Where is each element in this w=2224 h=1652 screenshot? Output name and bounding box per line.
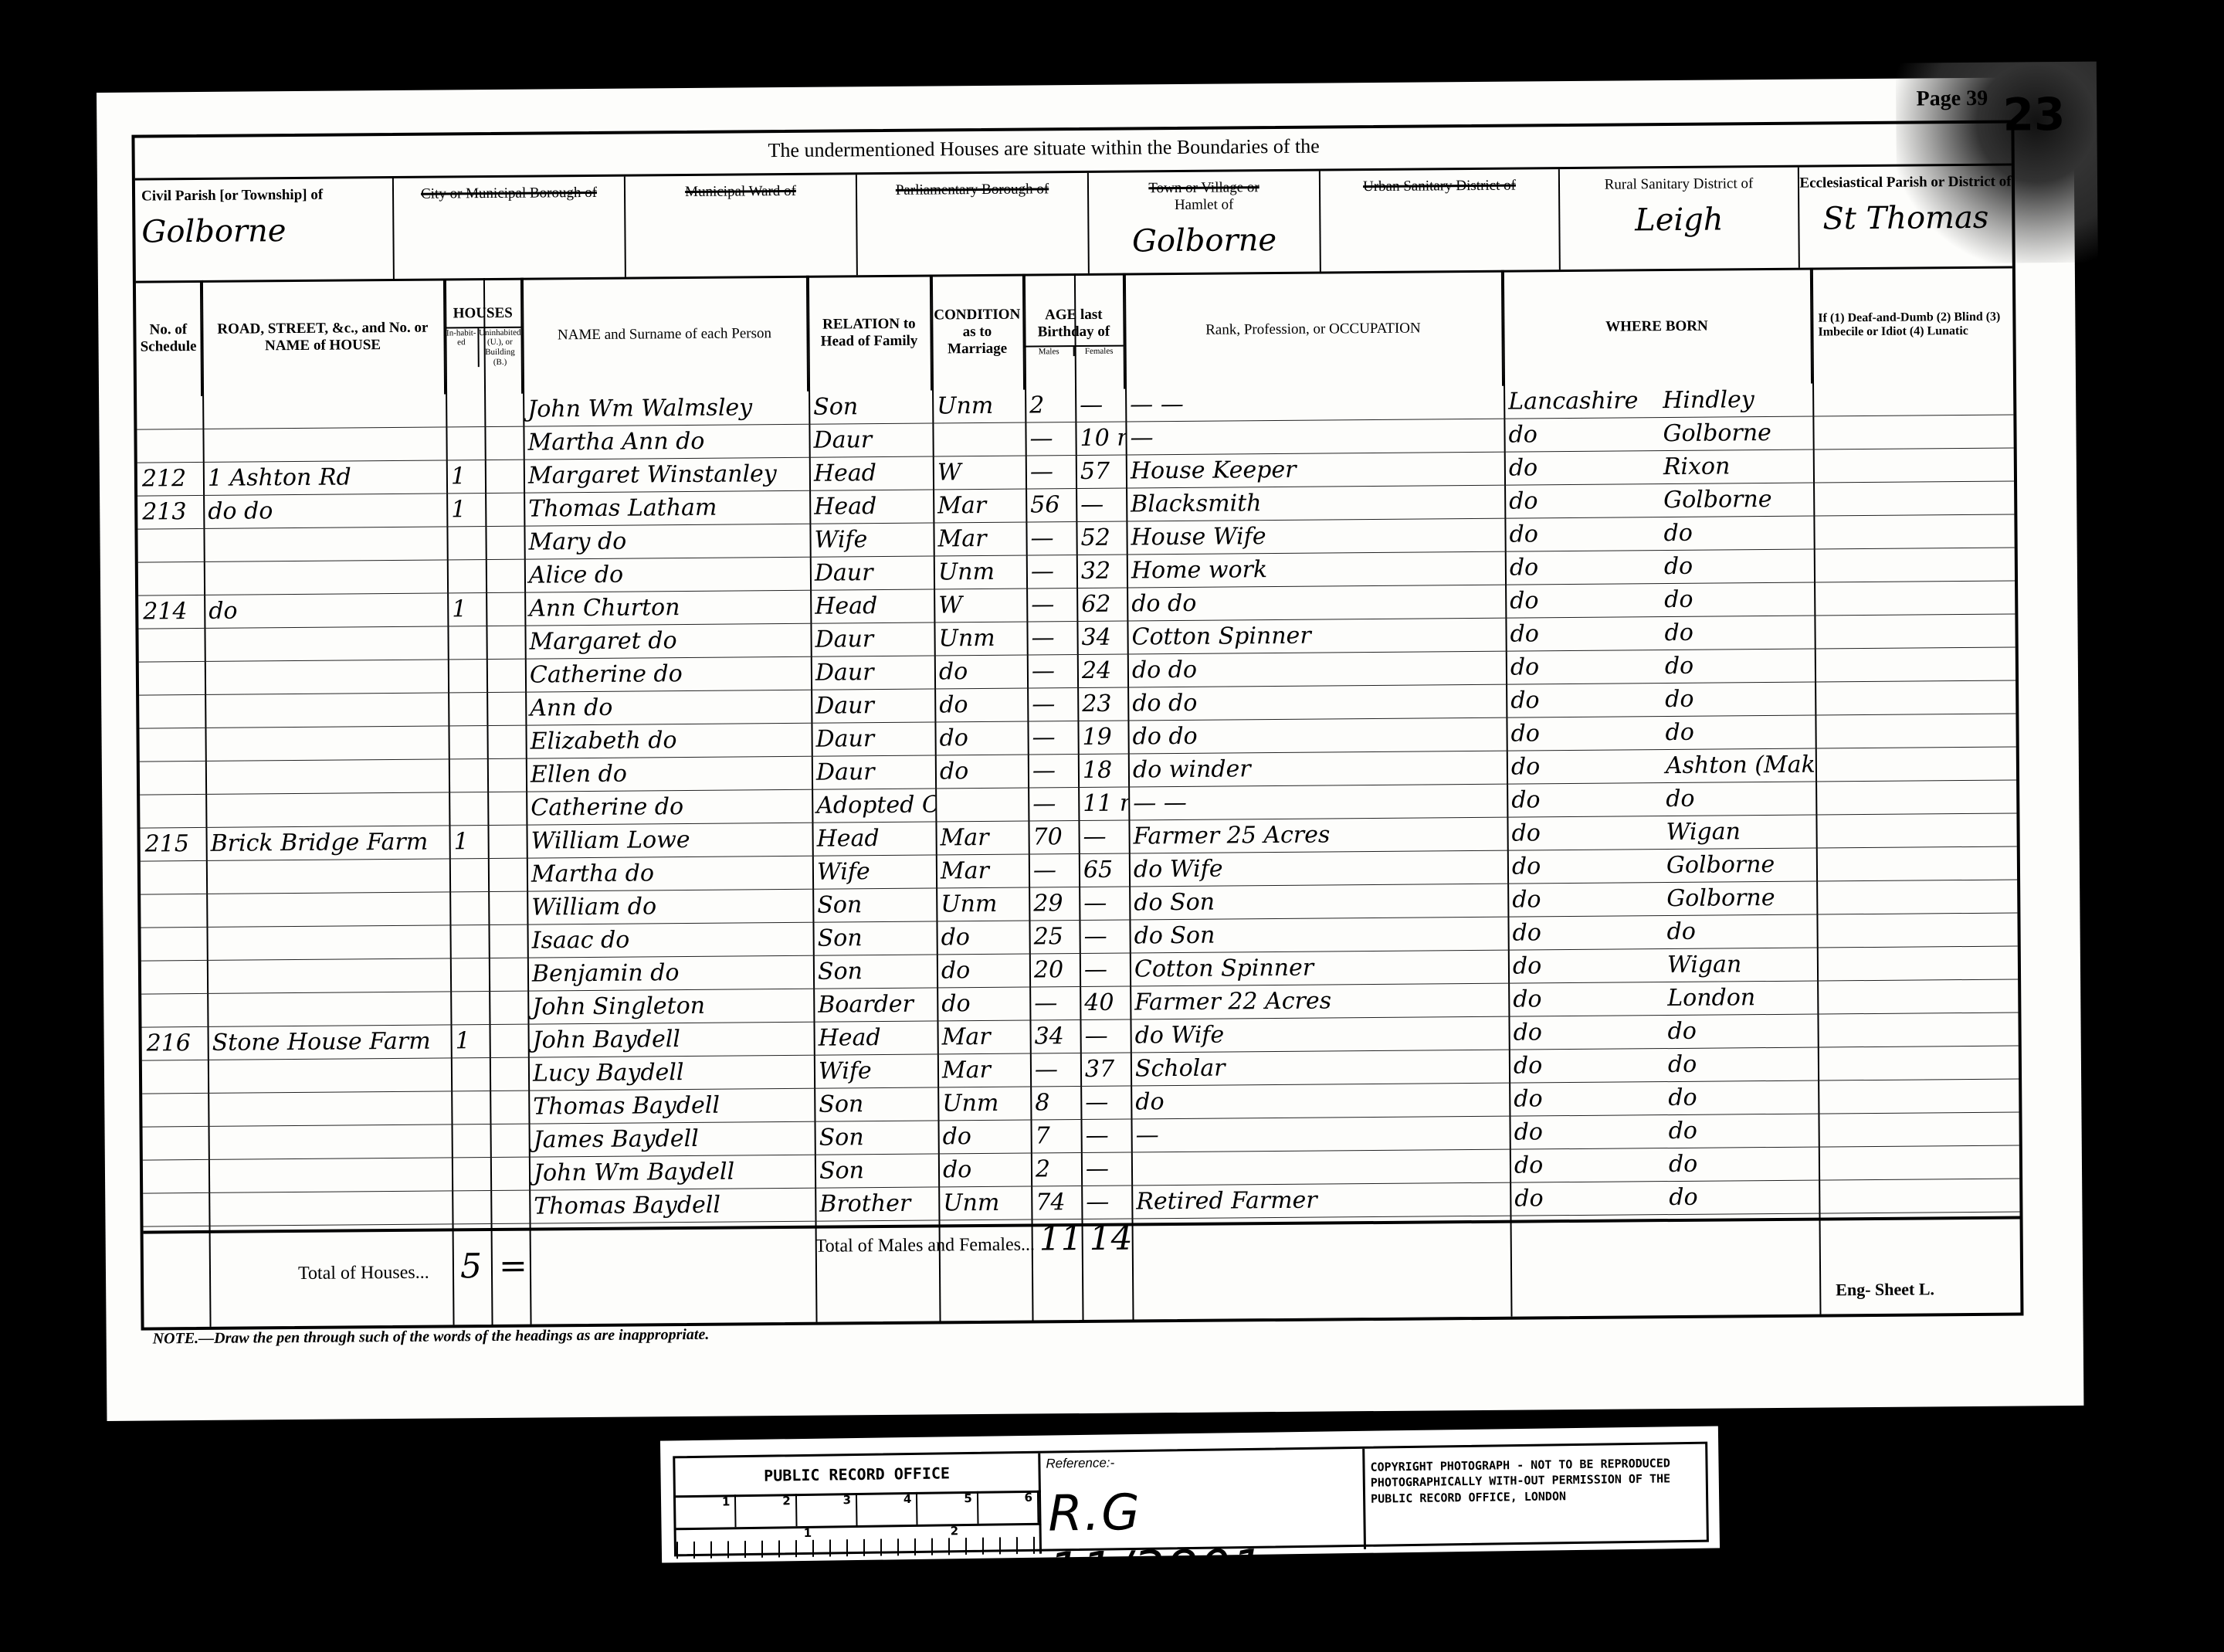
cell-born-place: do	[1660, 650, 1815, 684]
reference-value: R.G 11/3801	[1048, 1481, 1365, 1600]
cell-condition: Mar	[937, 1054, 1030, 1087]
cell-occupation: Blacksmith	[1126, 486, 1504, 521]
cell-relation: Daur	[810, 623, 934, 656]
cell-born-county: do	[1510, 1182, 1664, 1216]
cell-born-county: do	[1508, 949, 1663, 983]
cell-female: 23	[1077, 688, 1127, 721]
cell-schedule	[137, 396, 202, 429]
cell-born-county: do	[1507, 850, 1662, 884]
cell-born-place: Golborne	[1658, 417, 1812, 451]
cell-female: —	[1080, 954, 1130, 987]
cell-road	[203, 527, 446, 561]
cell-condition: do	[935, 755, 1028, 789]
cell-schedule: 215	[140, 828, 205, 861]
cell-name: Martha Ann do	[523, 425, 809, 460]
cell-schedule	[141, 928, 206, 961]
col-females: Females	[1075, 346, 1124, 356]
cell-born-place: Wigan	[1661, 816, 1815, 850]
cell-name: Thomas Baydell	[528, 1089, 814, 1124]
cell-condition: Mar	[933, 490, 1026, 523]
cell-condition: Unm	[936, 888, 1029, 921]
cell-born-place: Ashton (Makerf)	[1661, 749, 1815, 783]
cell-relation: Head	[812, 822, 935, 855]
boundaries-header: Civil Parish [or Township] of Golborne C…	[135, 164, 2012, 283]
cell-inhabited	[451, 1058, 490, 1091]
cell-female: 32	[1076, 555, 1127, 589]
boundary-urban-sanitary: Urban Sanitary District of	[1320, 169, 1561, 271]
boundary-label-struck: Town or Village or	[1089, 179, 1319, 198]
cell-born-place: do	[1664, 1181, 1819, 1215]
cell-road	[206, 859, 449, 893]
cell-condition: do	[937, 988, 1029, 1021]
cell-schedule	[141, 894, 206, 928]
form-note: NOTE.—Draw the pen through such of the w…	[153, 1326, 710, 1348]
col-road: ROAD, STREET, &c., and No. or NAME of HO…	[202, 278, 446, 395]
boundary-value: St Thomas	[1799, 200, 2012, 237]
cell-male: —	[1029, 854, 1079, 887]
cell-occupation: Retired Farmer	[1131, 1183, 1510, 1219]
cell-male: —	[1027, 655, 1077, 688]
cell-occupation: do Son	[1129, 884, 1507, 920]
cell-relation: Boarder	[813, 988, 937, 1021]
cell-occupation: Farmer 25 Acres	[1128, 818, 1507, 853]
cell-road: do	[204, 593, 447, 627]
cell-name: Alice do	[524, 558, 810, 592]
cell-road: do do	[203, 494, 446, 527]
cell-schedule: 216	[142, 1027, 208, 1060]
cell-born-place: London	[1663, 982, 1817, 1016]
cell-born-place: do	[1663, 1114, 1818, 1148]
cell-inhabited: 1	[446, 460, 485, 493]
cell-relation: Head	[809, 457, 933, 490]
cell-condition: Unm	[938, 1187, 1031, 1220]
boundary-value: Golborne	[141, 212, 392, 250]
cell-schedule: 212	[137, 463, 203, 496]
totals-row: Total of Houses... 5 = Total of Males an…	[144, 1216, 2021, 1326]
cell-condition	[935, 789, 1028, 822]
cell-road	[205, 660, 448, 694]
boundary-value: Leigh	[1560, 202, 1798, 239]
cell-occupation: —	[1125, 419, 1504, 455]
cell-female: 65	[1079, 854, 1129, 887]
boundary-parliamentary-borough: Parliamentary Borough of	[857, 173, 1090, 275]
boundary-rural-sanitary: Rural Sanitary District of Leigh	[1560, 168, 1800, 270]
cell-female: —	[1081, 1186, 1131, 1219]
cell-condition: Unm	[932, 390, 1025, 423]
cell-occupation: do Wife	[1130, 1017, 1508, 1053]
cell-born-county: do	[1506, 684, 1660, 717]
cell-born-place: Golborne	[1662, 882, 1816, 916]
cell-road	[206, 925, 449, 959]
cell-male: —	[1027, 721, 1077, 755]
cell-male: 2	[1025, 389, 1075, 422]
cell-occupation: do Son	[1129, 918, 1507, 953]
cell-born-county: do	[1508, 982, 1663, 1016]
cell-inhabited	[448, 693, 486, 725]
cell-inhabited	[449, 892, 488, 924]
cell-male: 34	[1029, 1020, 1080, 1053]
cell-born-county: Lancashire	[1504, 385, 1658, 419]
cell-name: Catherine do	[525, 657, 811, 692]
cell-born-place: Rixon	[1659, 450, 1813, 484]
cell-inhabited	[449, 859, 488, 891]
cell-condition: W	[934, 589, 1026, 622]
cell-born-place: do	[1663, 1081, 1818, 1115]
cell-schedule	[138, 629, 204, 662]
cell-born-place: do	[1663, 1048, 1818, 1082]
cell-road	[204, 626, 447, 660]
cell-male: —	[1029, 987, 1080, 1020]
total-males-females-label: Total of Males and Females...	[815, 1235, 1035, 1257]
boundary-city: City or Municipal Borough of	[394, 177, 626, 279]
cell-born-county: do	[1509, 1115, 1663, 1149]
cell-condition: Mar	[936, 855, 1029, 888]
form-title: The undermentioned Houses are situate wi…	[768, 135, 1319, 163]
cell-born-county: do	[1507, 750, 1661, 784]
cell-female: —	[1079, 921, 1129, 954]
cell-inhabited: 1	[446, 494, 485, 526]
cell-relation: Head	[813, 1021, 937, 1054]
cell-schedule	[143, 1160, 208, 1193]
cell-road	[208, 1058, 451, 1092]
cell-female: —	[1078, 821, 1128, 854]
cell-occupation: Farmer 22 Acres	[1130, 984, 1508, 1019]
cell-occupation: do Wife	[1129, 851, 1507, 887]
cell-relation: Son	[809, 391, 932, 424]
cell-inhabited	[447, 626, 486, 659]
cell-female: 34	[1076, 622, 1127, 655]
cell-born-place: do	[1660, 716, 1815, 750]
boundary-civil-parish: Civil Parish [or Township] of Golborne	[135, 178, 395, 281]
cell-road: 1 Ashton Rd	[203, 460, 446, 494]
cell-born-place: Wigan	[1663, 948, 1817, 982]
cell-inhabited	[448, 660, 486, 692]
cell-name: Elizabeth do	[525, 724, 811, 758]
total-females: 14	[1089, 1219, 1132, 1258]
cell-occupation: Cotton Spinner	[1127, 619, 1505, 654]
cell-road	[205, 759, 449, 793]
ruler-inch: 1 2	[676, 1523, 1042, 1559]
cell-born-place: do	[1660, 616, 1814, 650]
boundary-label: Rural Sanitary District of	[1560, 175, 1798, 194]
reference-box: Reference:- R.G 11/3801	[1038, 1449, 1366, 1554]
cell-male: —	[1026, 456, 1076, 489]
cell-name: Isaac do	[527, 923, 812, 958]
cell-name: John Wm Walmsley	[523, 392, 809, 426]
cell-condition: do	[936, 921, 1029, 955]
cell-born-county: do	[1509, 1082, 1663, 1116]
boundary-label: Urban Sanitary District of	[1320, 177, 1558, 195]
census-sheet: The undermentioned Houses are situate wi…	[97, 77, 2083, 1421]
total-houses-inhabited: 5	[460, 1247, 482, 1286]
cell-relation: Daur	[811, 690, 934, 723]
cell-name: Lucy Baydell	[528, 1056, 814, 1091]
cell-born-county: do	[1507, 883, 1662, 917]
cell-road	[206, 892, 449, 926]
folio-number: 23	[2002, 88, 2065, 141]
cell-occupation: do do	[1127, 685, 1506, 721]
cell-schedule: 214	[138, 595, 204, 629]
cell-born-county: do	[1504, 418, 1658, 452]
total-houses-uninhabited: =	[499, 1247, 527, 1286]
cell-schedule	[141, 961, 207, 994]
cell-male: —	[1026, 589, 1076, 622]
cell-inhabited	[450, 958, 489, 991]
cell-female: —	[1081, 1153, 1131, 1186]
cell-relation: Wife	[814, 1054, 937, 1087]
cell-schedule	[138, 562, 204, 595]
cell-inhabited	[448, 726, 486, 758]
cell-condition: do	[937, 1121, 1030, 1154]
cell-inhabited	[449, 792, 487, 825]
cell-relation: Daur	[810, 557, 934, 590]
cell-name: John Baydell	[527, 1023, 813, 1057]
cell-occupation: — —	[1125, 386, 1504, 422]
cell-schedule	[139, 728, 205, 762]
cell-schedule: 213	[137, 496, 203, 529]
cell-condition: do	[938, 1154, 1031, 1187]
cell-schedule	[143, 1193, 208, 1226]
cell-female: 19	[1077, 721, 1127, 755]
cell-schedule	[142, 1094, 208, 1127]
cell-born-county: do	[1510, 1148, 1664, 1182]
cell-road	[205, 726, 448, 760]
cell-condition: do	[934, 722, 1027, 755]
cell-inhabited	[446, 394, 484, 426]
public-record-office-label: PUBLIC RECORD OFFICE 123456 1 2 Referenc…	[660, 1426, 1720, 1562]
cell-born-place: do	[1659, 517, 1813, 551]
cell-inhabited	[452, 1125, 490, 1157]
cell-name: John Wm Baydell	[529, 1155, 815, 1190]
cell-schedule	[139, 695, 205, 728]
census-form: The undermentioned Houses are situate wi…	[131, 120, 2023, 1330]
cell-relation: Son	[813, 955, 937, 988]
cell-born-place: do	[1664, 1148, 1819, 1182]
total-houses-label: Total of Houses...	[298, 1263, 429, 1284]
cell-born-county: do	[1504, 517, 1659, 551]
cell-relation: Daur	[812, 755, 935, 789]
cell-born-county: do	[1504, 451, 1659, 485]
boundary-hamlet: Town or Village or Hamlet of Golborne	[1089, 171, 1321, 273]
cell-road	[204, 560, 447, 594]
reference-label: Reference:-	[1046, 1455, 1114, 1471]
cell-relation: Son	[812, 888, 936, 921]
cell-female: 10 months	[1075, 422, 1125, 456]
cell-relation: Head	[809, 490, 933, 524]
cell-condition: W	[933, 456, 1026, 490]
cell-occupation: — —	[1128, 785, 1507, 820]
cell-road	[205, 792, 449, 826]
col-infirmity: If (1) Deaf-and-Dumb (2) Blind (3) Imbec…	[1812, 266, 2013, 384]
cell-schedule	[143, 1127, 208, 1160]
cell-born-county: do	[1508, 1016, 1663, 1050]
cell-relation: Adopted Child	[812, 789, 935, 822]
cell-condition: Mar	[933, 523, 1026, 556]
cell-schedule	[139, 662, 205, 695]
cell-female: —	[1080, 1087, 1131, 1120]
cell-male: —	[1026, 555, 1076, 589]
cell-male: —	[1025, 422, 1075, 456]
cell-condition: Unm	[934, 556, 1026, 589]
cell-male: 29	[1029, 887, 1079, 921]
cell-road	[208, 1125, 452, 1158]
cell-born-place: do	[1661, 782, 1815, 816]
cell-condition	[932, 423, 1025, 456]
cell-born-county: do	[1506, 650, 1660, 684]
cell-relation: Daur	[809, 424, 932, 457]
cell-name: James Baydell	[529, 1122, 815, 1157]
cell-inhabited	[451, 1091, 490, 1124]
cell-condition: do	[934, 656, 1027, 689]
cell-inhabited: 1	[449, 826, 487, 858]
cell-relation: Wife	[812, 855, 936, 888]
cell-name: Margaret do	[524, 624, 810, 659]
boundary-municipal-ward: Municipal Ward of	[625, 175, 858, 276]
cell-inhabited	[449, 759, 487, 792]
cell-male: —	[1028, 788, 1078, 821]
cell-inhabited	[446, 527, 485, 559]
cell-schedule	[141, 994, 207, 1027]
cell-road: Stone House Farm	[208, 1025, 451, 1059]
boundary-label: Ecclesiastical Parish or District of	[1799, 174, 2012, 192]
cell-born-county: do	[1507, 916, 1662, 950]
cell-occupation: Scholar	[1131, 1050, 1509, 1086]
cell-male: 25	[1029, 921, 1079, 954]
col-inhabited: In-habit-ed	[445, 328, 479, 368]
cell-road	[205, 693, 448, 727]
cell-relation: Son	[814, 1087, 937, 1121]
cell-male: —	[1030, 1053, 1080, 1087]
cell-male: —	[1028, 755, 1078, 788]
cell-relation: Brother	[815, 1187, 938, 1220]
cell-inhabited	[447, 560, 486, 592]
cell-schedule	[137, 529, 203, 562]
cell-schedule	[137, 429, 202, 463]
cell-born-place: do	[1662, 915, 1816, 949]
boundary-ecclesiastical: Ecclesiastical Parish or District of St …	[1799, 166, 2012, 268]
cell-name: Thomas Latham	[524, 491, 809, 526]
cell-road	[208, 1091, 451, 1125]
cell-female: —	[1076, 489, 1126, 522]
cell-female: —	[1079, 887, 1129, 921]
cell-inhabited	[452, 1191, 490, 1223]
cell-male: —	[1027, 688, 1077, 721]
cell-condition: Unm	[937, 1087, 1030, 1121]
cell-condition: Unm	[934, 622, 1026, 656]
col-name: NAME and Surname of each Person	[522, 276, 809, 394]
cell-occupation: —	[1131, 1117, 1509, 1152]
cell-male: 74	[1031, 1186, 1081, 1219]
boundary-value: Golborne	[1089, 222, 1319, 260]
cell-condition: Mar	[935, 822, 1028, 855]
cell-born-place: do	[1663, 1015, 1817, 1049]
cell-road	[208, 1158, 452, 1192]
cell-female: 37	[1080, 1053, 1131, 1087]
cell-relation: Wife	[809, 524, 933, 557]
cell-male: 7	[1030, 1120, 1080, 1153]
cell-occupation: do do	[1127, 585, 1505, 621]
cell-name: Martha do	[527, 857, 812, 891]
cell-born-county: do	[1505, 551, 1660, 585]
cell-born-place: Golborne	[1659, 483, 1813, 517]
cell-schedule	[141, 861, 206, 894]
cell-female: 18	[1078, 755, 1128, 788]
sheet-label: Eng- Sheet L.	[1836, 1279, 1934, 1300]
cell-name: Ann Churton	[524, 591, 810, 626]
cell-name: Thomas Baydell	[529, 1189, 815, 1223]
cell-relation: Head	[810, 590, 934, 623]
cell-condition: do	[934, 689, 1027, 722]
cell-female: 52	[1076, 522, 1126, 555]
boundary-label: Parliamentary Borough of	[857, 181, 1087, 199]
page-number: Page 39	[1916, 87, 1988, 112]
cell-male: —	[1026, 622, 1076, 655]
cell-schedule	[140, 795, 205, 828]
cell-occupation: Home work	[1127, 552, 1505, 588]
cell-female: 62	[1076, 589, 1127, 622]
cell-relation: Daur	[811, 656, 934, 690]
cell-female: 24	[1077, 655, 1127, 688]
cell-inhabited	[450, 992, 489, 1024]
cell-road: Brick Bridge Farm	[205, 826, 449, 860]
cell-born-place: Hindley	[1658, 384, 1812, 418]
cell-born-county: do	[1509, 1049, 1663, 1083]
col-occupation: Rank, Profession, or OCCUPATION	[1124, 270, 1504, 389]
cell-born-place: do	[1660, 550, 1814, 584]
cell-relation: Son	[814, 1121, 937, 1154]
cell-name: Margaret Winstanley	[524, 458, 809, 493]
cell-name: Ann do	[525, 690, 811, 725]
cell-name: John Singleton	[527, 989, 813, 1024]
cell-condition: Mar	[937, 1021, 1029, 1054]
cell-born-place: do	[1660, 683, 1815, 717]
boundary-label: Civil Parish [or Township] of	[141, 186, 392, 205]
cell-road	[207, 958, 450, 992]
cell-occupation: do winder	[1128, 751, 1507, 787]
cell-occupation: do do	[1127, 652, 1506, 687]
cell-occupation	[1131, 1150, 1510, 1186]
cell-inhabited	[449, 925, 488, 958]
cell-road	[208, 1191, 452, 1225]
cell-occupation: House Wife	[1126, 519, 1504, 555]
cell-name: William Lowe	[526, 823, 812, 858]
cell-male: 70	[1028, 821, 1078, 854]
cell-female: —	[1080, 1020, 1130, 1053]
cell-born-county: do	[1506, 717, 1660, 751]
cell-female: 11 months	[1078, 788, 1128, 821]
col-where-born: WHERE BORN	[1503, 268, 1812, 386]
boundary-label: Hamlet of	[1089, 196, 1319, 215]
cell-name: Catherine do	[526, 790, 812, 825]
cell-male: 20	[1029, 954, 1080, 987]
cell-born-place: do	[1660, 583, 1814, 617]
cell-born-county: do	[1504, 484, 1659, 518]
cell-female: 57	[1076, 456, 1126, 489]
cell-female: —	[1080, 1120, 1131, 1153]
cell-male: 8	[1030, 1087, 1080, 1120]
col-schedule: No. of Schedule	[136, 280, 202, 397]
col-condition: CONDITION as to Marriage	[931, 274, 1025, 391]
cell-inhabited: 1	[450, 1025, 489, 1057]
cell-name: William do	[527, 890, 812, 924]
cell-schedule	[140, 762, 205, 795]
cell-female: 40	[1080, 987, 1130, 1020]
cell-occupation: do	[1131, 1084, 1509, 1119]
cell-name: Benjamin do	[527, 956, 813, 991]
cell-occupation: do do	[1127, 718, 1506, 754]
cell-born-place: Golborne	[1662, 849, 1816, 883]
cell-name: Mary do	[524, 524, 809, 559]
